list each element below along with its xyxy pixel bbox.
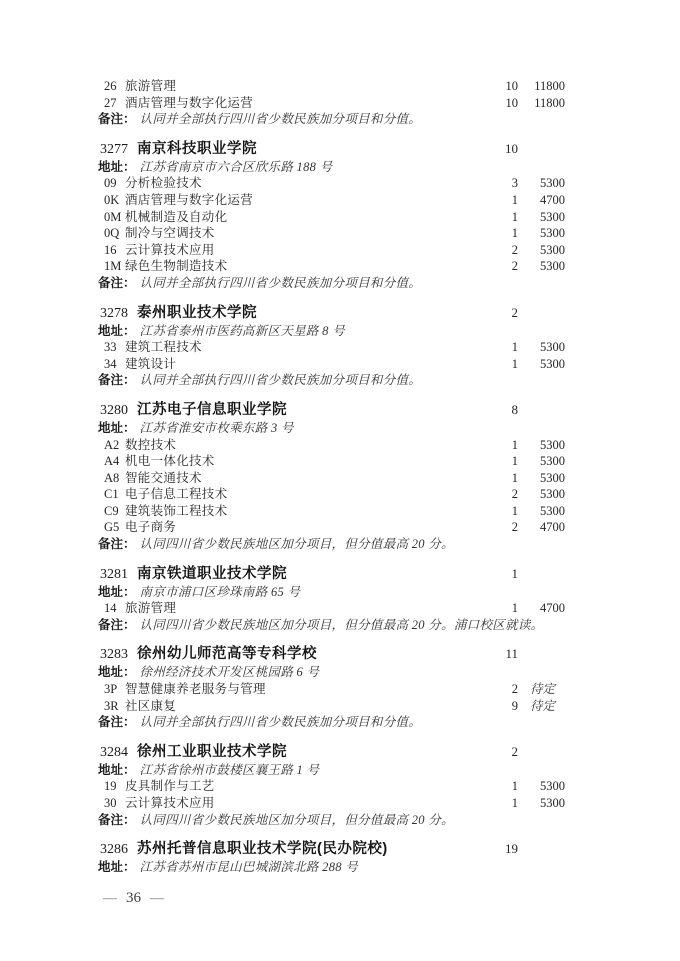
- institution-name: 江苏电子信息职业学院: [137, 401, 484, 419]
- note-label: 备注：: [98, 536, 136, 553]
- institution-section: 3284徐州工业职业技术学院2地址：江苏省徐州市鼓楼区襄王路 1 号19皮具制作…: [100, 743, 565, 828]
- address-text: 江苏省泰州市医药高新区天星路 8 号: [140, 323, 565, 340]
- major-fee: 5300: [518, 503, 565, 520]
- major-name: 建筑工程技术: [125, 339, 484, 356]
- major-code: 0Q: [104, 225, 125, 242]
- institution-name: 泰州职业技术学院: [137, 304, 484, 322]
- major-count: 1: [484, 225, 518, 242]
- note-text: 认同并全部执行四川省少数民族加分项目和分值。: [140, 111, 565, 128]
- address-row: 地址：江苏省苏州市昆山巴城湖滨北路 288 号: [98, 859, 565, 876]
- institution-count: 19: [484, 840, 518, 858]
- major-row: 16云计算技术应用25300: [100, 242, 565, 259]
- address-row: 地址：江苏省泰州市医药高新区天星路 8 号: [98, 323, 565, 340]
- major-row: 0Q制冷与空调技术15300: [100, 225, 565, 242]
- major-row: 0M机械制造及自动化15300: [100, 209, 565, 226]
- major-count: 3: [484, 175, 518, 192]
- major-row: A4机电一体化技术15300: [100, 453, 565, 470]
- major-name: 旅游管理: [125, 600, 484, 617]
- major-fee: 5300: [518, 209, 565, 226]
- footer-dash-left: —: [103, 891, 117, 907]
- admissions-list: 26旅游管理101180027酒店管理与数字化运营1011800备注：认同并全部…: [100, 78, 565, 876]
- institution-header: 3280江苏电子信息职业学院8: [100, 401, 565, 420]
- major-name: 酒店管理与数字化运营: [125, 95, 484, 112]
- major-row: A8智能交通技术15300: [100, 470, 565, 487]
- institution-code: 3284: [100, 744, 128, 762]
- major-fee: 5300: [518, 258, 565, 275]
- institution-section: 3281南京铁道职业技术学院1地址：南京市浦口区珍珠南路 65 号14旅游管理1…: [100, 565, 565, 634]
- major-code: A8: [104, 470, 125, 487]
- address-label: 地址：: [98, 762, 136, 779]
- institution-count: 10: [484, 140, 518, 158]
- address-row: 地址：江苏省徐州市鼓楼区襄王路 1 号: [98, 762, 565, 779]
- page-footer: — 36 —: [103, 890, 164, 907]
- major-fee: 5300: [518, 795, 565, 812]
- institution-section: 3280江苏电子信息职业学院8地址：江苏省淮安市枚乘东路 3 号A2数控技术15…: [100, 401, 565, 553]
- note-label: 备注：: [98, 275, 136, 292]
- major-fee: 5300: [518, 339, 565, 356]
- note-text: 认同四川省少数民族地区加分项目，但分值最高 20 分。: [140, 536, 565, 553]
- major-count: 1: [484, 470, 518, 487]
- major-row: 34建筑设计15300: [100, 356, 565, 373]
- major-code: 27: [104, 95, 125, 112]
- major-name: 数控技术: [125, 437, 484, 454]
- major-fee: 5300: [518, 453, 565, 470]
- major-name: 机电一体化技术: [125, 453, 484, 470]
- note-text: 认同并全部执行四川省少数民族加分项目和分值。: [140, 372, 565, 389]
- major-code: G5: [104, 519, 125, 536]
- major-row: C9建筑装饰工程技术15300: [100, 503, 565, 520]
- note-row: 备注：认同四川省少数民族地区加分项目，但分值最高 20 分。: [98, 812, 565, 829]
- note-label: 备注：: [98, 111, 136, 128]
- address-text: 江苏省南京市六合区欣乐路 188 号: [140, 159, 565, 176]
- major-code: A2: [104, 437, 125, 454]
- major-code: 1M: [104, 258, 125, 275]
- address-label: 地址：: [98, 584, 136, 601]
- address-row: 地址：南京市浦口区珍珠南路 65 号: [98, 584, 565, 601]
- major-count: 1: [484, 339, 518, 356]
- major-row: C1电子信息工程技术25300: [100, 486, 565, 503]
- major-count: 10: [484, 78, 518, 95]
- institution-code: 3280: [100, 402, 128, 420]
- page-number: 36: [126, 890, 141, 907]
- address-label: 地址：: [98, 323, 136, 340]
- note-row: 备注：认同并全部执行四川省少数民族加分项目和分值。: [98, 275, 565, 292]
- major-count: 1: [484, 600, 518, 617]
- institution-header: 3281南京铁道职业技术学院1: [100, 565, 565, 584]
- major-code: 14: [104, 600, 125, 617]
- major-name: 建筑装饰工程技术: [125, 503, 484, 520]
- major-fee: 4700: [518, 192, 565, 209]
- institution-count: 11: [484, 645, 518, 663]
- major-code: C9: [104, 503, 125, 520]
- major-row: G5电子商务24700: [100, 519, 565, 536]
- major-code: 26: [104, 78, 125, 95]
- major-count: 1: [484, 356, 518, 373]
- major-count: 1: [484, 795, 518, 812]
- major-fee: 5300: [518, 486, 565, 503]
- major-count: 1: [484, 437, 518, 454]
- note-label: 备注：: [98, 617, 136, 634]
- institution-section: 3283徐州幼儿师范高等专科学校11地址：徐州经济技术开发区桃园路 6 号3P智…: [100, 645, 565, 730]
- address-label: 地址：: [98, 859, 136, 876]
- institution-header: 3283徐州幼儿师范高等专科学校11: [100, 645, 565, 664]
- major-name: 社区康复: [125, 698, 484, 715]
- note-text: 认同并全部执行四川省少数民族加分项目和分值。: [140, 275, 565, 292]
- institution-name: 南京科技职业学院: [137, 140, 484, 158]
- major-name: 皮具制作与工艺: [125, 778, 484, 795]
- major-code: C1: [104, 486, 125, 503]
- major-code: 34: [104, 356, 125, 373]
- major-fee: 5300: [518, 778, 565, 795]
- institution-header: 3277南京科技职业学院10: [100, 140, 565, 159]
- note-row: 备注：认同并全部执行四川省少数民族加分项目和分值。: [98, 714, 565, 731]
- major-row: 3R社区康复9待定: [100, 698, 565, 715]
- major-row: 33建筑工程技术15300: [100, 339, 565, 356]
- note-row: 备注：认同四川省少数民族地区加分项目，但分值最高 20 分。浦口校区就读。: [98, 617, 565, 634]
- major-count: 1: [484, 503, 518, 520]
- major-name: 云计算技术应用: [125, 795, 484, 812]
- major-code: 09: [104, 175, 125, 192]
- footer-dash-right: —: [150, 891, 164, 907]
- major-name: 制冷与空调技术: [125, 225, 484, 242]
- institution-code: 3283: [100, 646, 128, 664]
- major-code: 30: [104, 795, 125, 812]
- major-row: 09分析检验技术35300: [100, 175, 565, 192]
- major-fee: 5300: [518, 175, 565, 192]
- major-fee: 11800: [518, 78, 565, 95]
- major-row: 26旅游管理1011800: [100, 78, 565, 95]
- major-fee: 待定: [518, 681, 565, 698]
- note-row: 备注：认同四川省少数民族地区加分项目，但分值最高 20 分。: [98, 536, 565, 553]
- note-text: 认同并全部执行四川省少数民族加分项目和分值。: [140, 714, 565, 731]
- institution-count: 1: [484, 565, 518, 583]
- note-row: 备注：认同并全部执行四川省少数民族加分项目和分值。: [98, 111, 565, 128]
- major-row: 30云计算技术应用15300: [100, 795, 565, 812]
- major-code: 0K: [104, 192, 125, 209]
- major-fee: 11800: [518, 95, 565, 112]
- institution-code: 3286: [100, 841, 128, 859]
- major-row: 27酒店管理与数字化运营1011800: [100, 95, 565, 112]
- note-text: 认同四川省少数民族地区加分项目，但分值最高 20 分。: [140, 812, 565, 829]
- major-count: 2: [484, 681, 518, 698]
- major-code: 0M: [104, 209, 125, 226]
- note-row: 备注：认同并全部执行四川省少数民族加分项目和分值。: [98, 372, 565, 389]
- major-code: 3P: [104, 681, 125, 698]
- institution-name: 南京铁道职业技术学院: [137, 565, 484, 583]
- major-name: 机械制造及自动化: [125, 209, 484, 226]
- address-row: 地址：江苏省南京市六合区欣乐路 188 号: [98, 159, 565, 176]
- note-text: 认同四川省少数民族地区加分项目，但分值最高 20 分。浦口校区就读。: [140, 617, 565, 634]
- major-name: 旅游管理: [125, 78, 484, 95]
- major-count: 1: [484, 778, 518, 795]
- major-count: 1: [484, 453, 518, 470]
- major-name: 分析检验技术: [125, 175, 484, 192]
- major-row: 19皮具制作与工艺15300: [100, 778, 565, 795]
- address-text: 南京市浦口区珍珠南路 65 号: [140, 584, 565, 601]
- institution-code: 3281: [100, 566, 128, 584]
- institution-section: 3278泰州职业技术学院2地址：江苏省泰州市医药高新区天星路 8 号33建筑工程…: [100, 304, 565, 389]
- address-row: 地址：江苏省淮安市枚乘东路 3 号: [98, 420, 565, 437]
- major-name: 电子商务: [125, 519, 484, 536]
- major-count: 9: [484, 698, 518, 715]
- institution-header: 3284徐州工业职业技术学院2: [100, 743, 565, 762]
- institution-code: 3278: [100, 305, 128, 323]
- address-text: 徐州经济技术开发区桃园路 6 号: [140, 664, 565, 681]
- institution-name: 徐州幼儿师范高等专科学校: [137, 645, 484, 663]
- institution-name: 苏州托普信息职业技术学院(民办院校): [137, 840, 484, 858]
- major-row: 0K酒店管理与数字化运营14700: [100, 192, 565, 209]
- major-row: A2数控技术15300: [100, 437, 565, 454]
- note-label: 备注：: [98, 372, 136, 389]
- major-fee: 5300: [518, 356, 565, 373]
- major-count: 10: [484, 95, 518, 112]
- institution-header: 3278泰州职业技术学院2: [100, 304, 565, 323]
- institution-section: 3286苏州托普信息职业技术学院(民办院校)19地址：江苏省苏州市昆山巴城湖滨北…: [100, 840, 565, 876]
- major-count: 1: [484, 192, 518, 209]
- major-fee: 5300: [518, 242, 565, 259]
- major-count: 2: [484, 519, 518, 536]
- institution-name: 徐州工业职业技术学院: [137, 743, 484, 761]
- address-row: 地址：徐州经济技术开发区桃园路 6 号: [98, 664, 565, 681]
- major-row: 1M绿色生物制造技术25300: [100, 258, 565, 275]
- major-name: 智慧健康养老服务与管理: [125, 681, 484, 698]
- major-name: 电子信息工程技术: [125, 486, 484, 503]
- major-fee: 4700: [518, 519, 565, 536]
- major-fee: 5300: [518, 470, 565, 487]
- address-text: 江苏省徐州市鼓楼区襄王路 1 号: [140, 762, 565, 779]
- document-page: 26旅游管理101180027酒店管理与数字化运营1011800备注：认同并全部…: [0, 0, 680, 961]
- major-code: A4: [104, 453, 125, 470]
- major-fee: 待定: [518, 698, 565, 715]
- institution-count: 8: [484, 401, 518, 419]
- address-text: 江苏省淮安市枚乘东路 3 号: [140, 420, 565, 437]
- major-row: 14旅游管理14700: [100, 600, 565, 617]
- major-fee: 5300: [518, 225, 565, 242]
- major-count: 2: [484, 486, 518, 503]
- address-label: 地址：: [98, 159, 136, 176]
- major-fee: 5300: [518, 437, 565, 454]
- major-count: 1: [484, 209, 518, 226]
- institution-code: 3277: [100, 141, 128, 159]
- major-code: 33: [104, 339, 125, 356]
- major-count: 2: [484, 242, 518, 259]
- address-label: 地址：: [98, 664, 136, 681]
- institution-section: 3277南京科技职业学院10地址：江苏省南京市六合区欣乐路 188 号09分析检…: [100, 140, 565, 292]
- major-code: 19: [104, 778, 125, 795]
- major-code: 16: [104, 242, 125, 259]
- major-code: 3R: [104, 698, 125, 715]
- major-name: 智能交通技术: [125, 470, 484, 487]
- note-label: 备注：: [98, 812, 136, 829]
- institution-count: 2: [484, 743, 518, 761]
- major-name: 酒店管理与数字化运营: [125, 192, 484, 209]
- major-name: 绿色生物制造技术: [125, 258, 484, 275]
- major-row: 3P智慧健康养老服务与管理2待定: [100, 681, 565, 698]
- major-name: 建筑设计: [125, 356, 484, 373]
- note-label: 备注：: [98, 714, 136, 731]
- major-count: 2: [484, 258, 518, 275]
- institution-count: 2: [484, 304, 518, 322]
- major-fee: 4700: [518, 600, 565, 617]
- major-name: 云计算技术应用: [125, 242, 484, 259]
- institution-header: 3286苏州托普信息职业技术学院(民办院校)19: [100, 840, 565, 859]
- address-label: 地址：: [98, 420, 136, 437]
- address-text: 江苏省苏州市昆山巴城湖滨北路 288 号: [140, 859, 565, 876]
